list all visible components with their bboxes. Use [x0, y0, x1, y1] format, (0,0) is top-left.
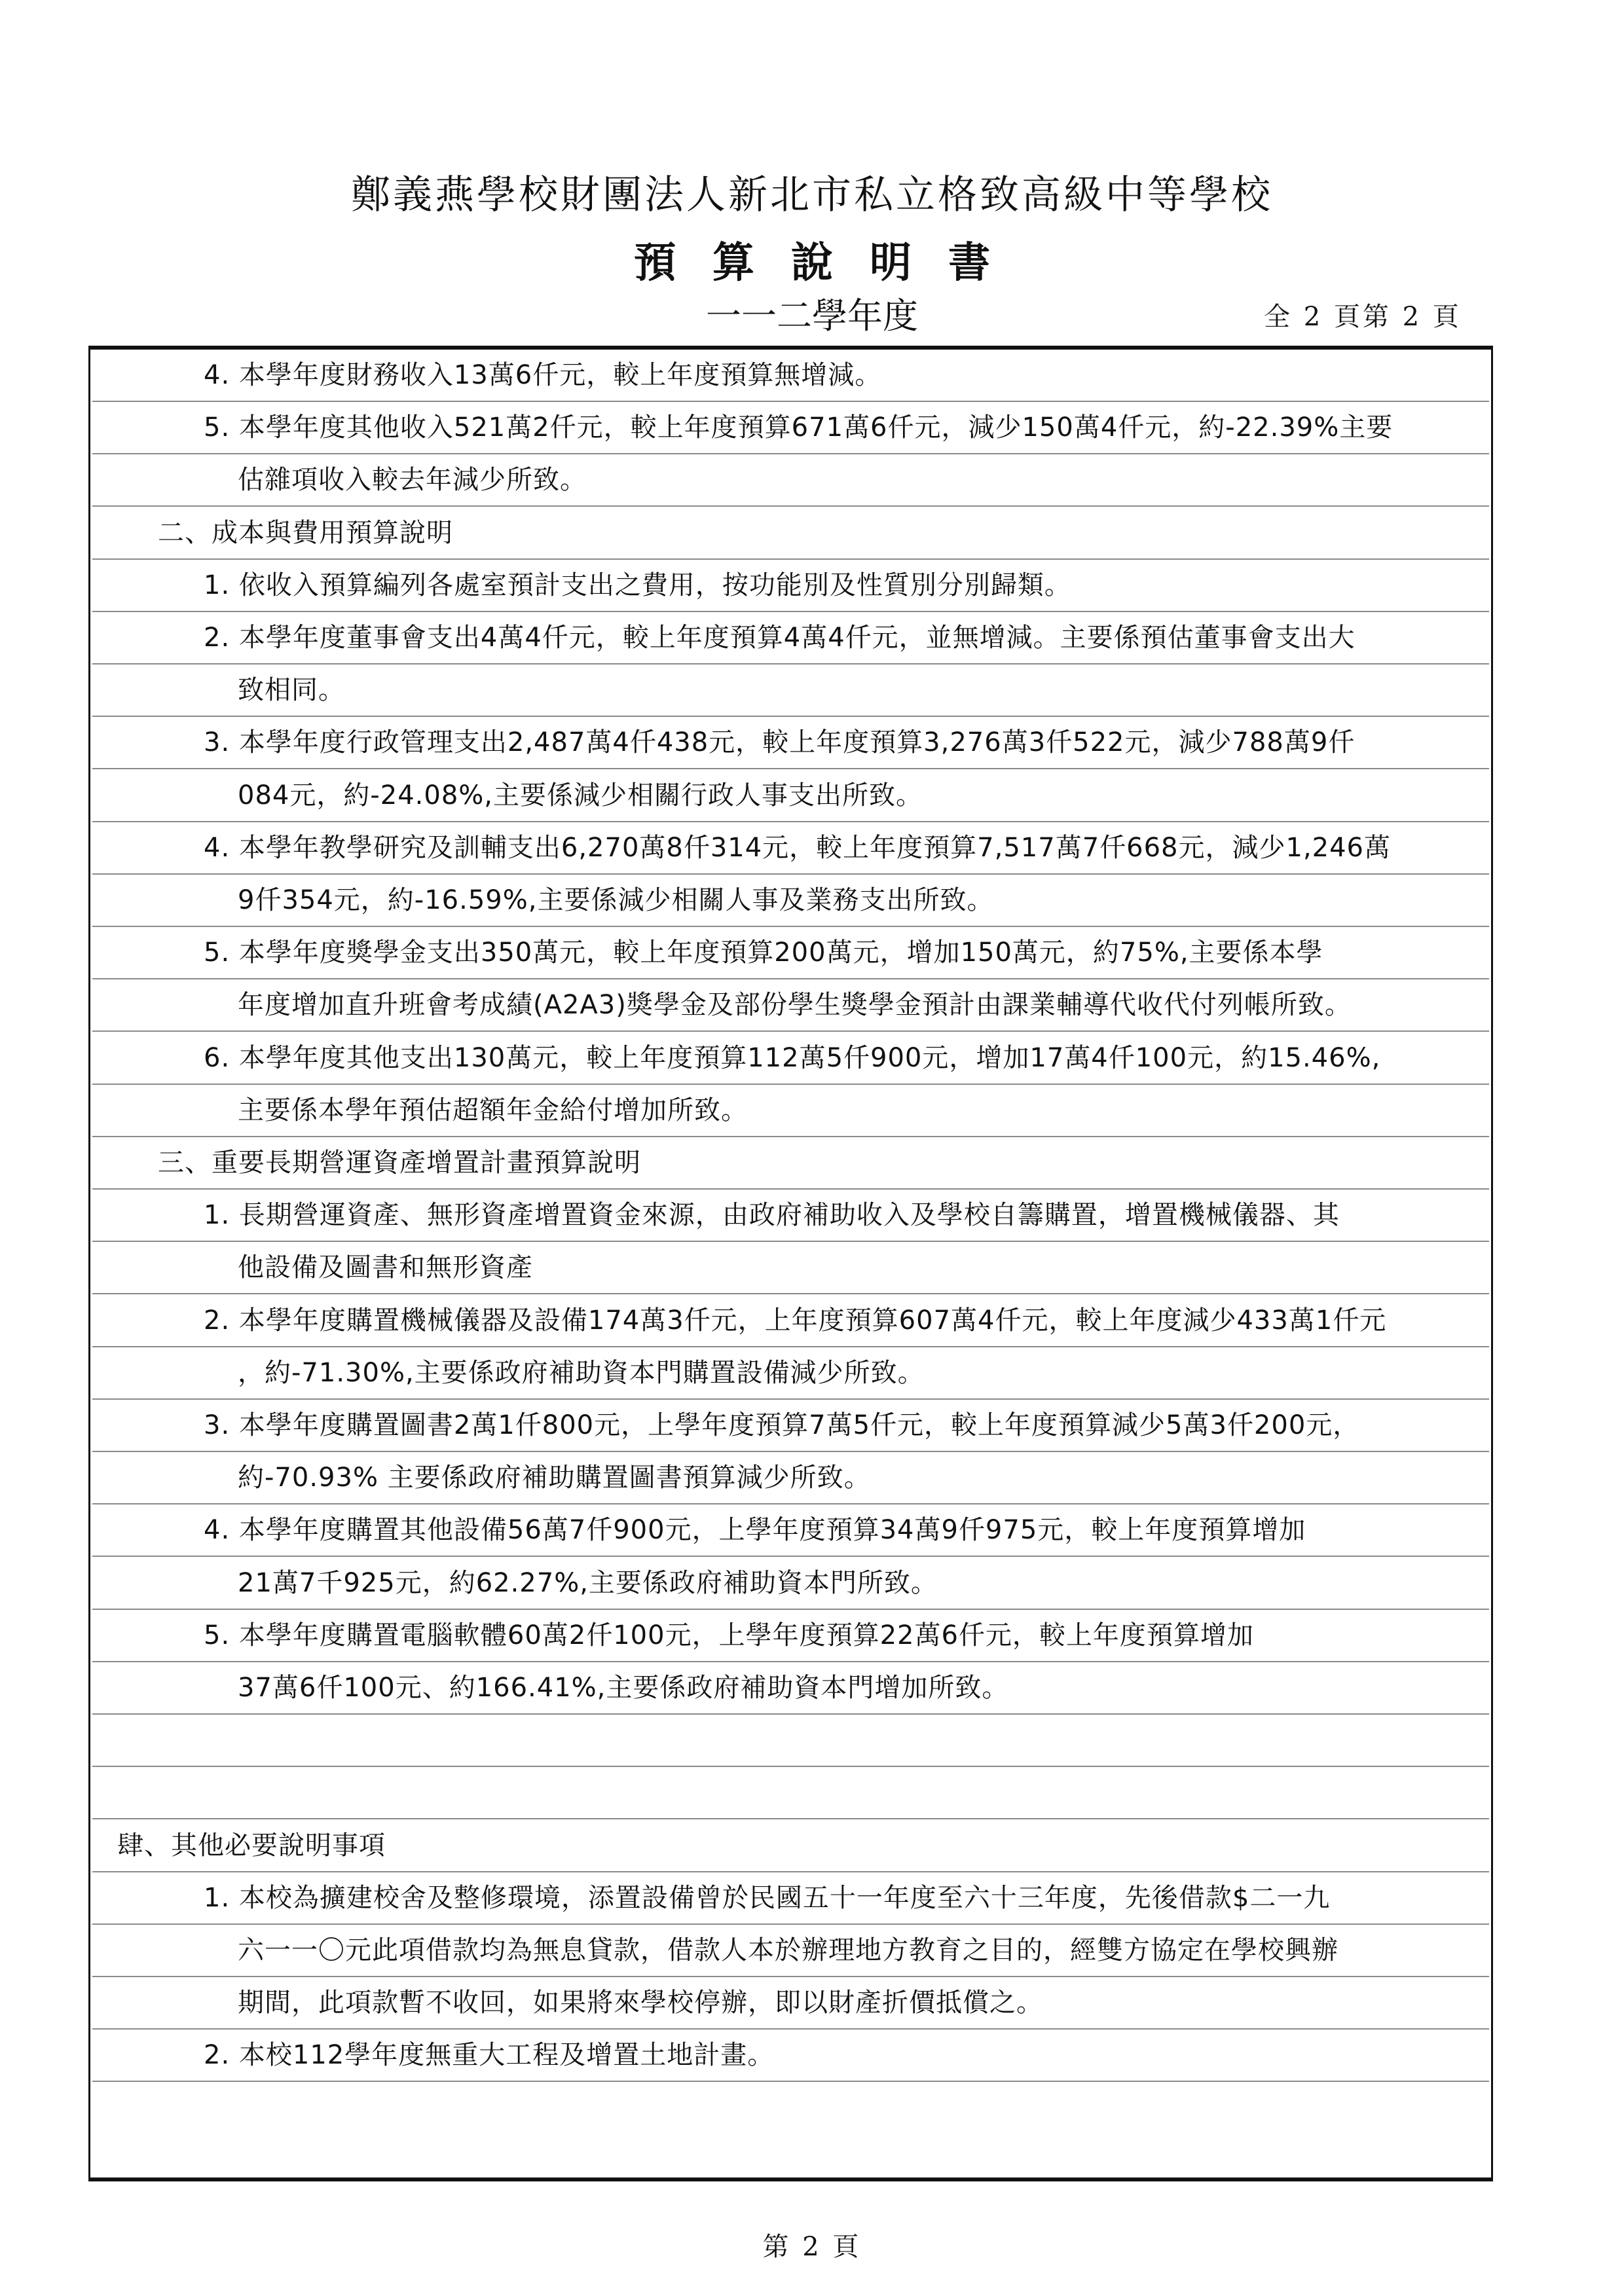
list-item-text: 4. 本學年度財務收入13萬6仟元，較上年度預算無增減。 — [204, 354, 881, 392]
continuation-text: ，約-71.30%,主要係政府補助資本門購置設備減少所致。 — [238, 1352, 925, 1389]
section-heading: 二、成本與費用預算說明 — [158, 512, 453, 549]
document-title: 預算說明書 — [0, 229, 1624, 289]
list-item-text: 5. 本學年度購置電腦軟體60萬2仟100元，上學年度預算22萬6仟元，較上年度… — [204, 1614, 1254, 1652]
section-heading-row: 三、重要長期營運資產增置計畫預算說明 — [92, 1137, 1489, 1190]
list-item-text: 1. 本校為擴建校舍及整修環境，添置設備曾於民國五十一年度至六十三年度，先後借款… — [204, 1877, 1330, 1914]
text-row: 5. 本學年度其他收入521萬2仟元，較上年度預算671萬6仟元，減少150萬4… — [92, 402, 1489, 454]
text-row: 3. 本學年度行政管理支出2,487萬4仟438元，較上年度預算3,276萬3仟… — [92, 717, 1489, 769]
text-row: 5. 本學年度獎學金支出350萬元，較上年度預算200萬元，增加150萬元，約7… — [92, 927, 1489, 979]
text-row: 5. 本學年度購置電腦軟體60萬2仟100元，上學年度預算22萬6仟元，較上年度… — [92, 1610, 1489, 1662]
list-item-text: 2. 本學年度董事會支出4萬4仟元，較上年度預算4萬4仟元，並無增減。主要係預估… — [204, 617, 1356, 654]
continuation-text: 年度增加直升班會考成績(A2A3)獎學金及部份學生獎學金預計由課業輔導代收代付列… — [238, 984, 1352, 1021]
text-row: ，約-71.30%,主要係政府補助資本門購置設備減少所致。 — [92, 1347, 1489, 1400]
continuation-text: 六一一〇元此項借款均為無息貸款，借款人本於辦理地方教育之目的，經雙方協定在學校興… — [238, 1929, 1338, 1967]
continuation-text: 約-70.93% 主要係政府補助購置圖書預算減少所致。 — [238, 1457, 871, 1494]
continuation-text: 致相同。 — [238, 669, 345, 706]
list-item-text: 6. 本學年度其他支出130萬元，較上年度預算112萬5仟900元，增加17萬4… — [204, 1037, 1380, 1074]
content-frame: 4. 本學年度財務收入13萬6仟元，較上年度預算無增減。5. 本學年度其他收入5… — [88, 346, 1493, 2181]
list-item-text: 1. 長期營運資產、無形資產增置資金來源，由政府補助收入及學校自籌購置，增置機械… — [204, 1194, 1340, 1231]
text-row: 1. 長期營運資產、無形資產增置資金來源，由政府補助收入及學校自籌購置，增置機械… — [92, 1190, 1489, 1242]
list-item-text: 4. 本學年教學研究及訓輔支出6,270萬8仟314元，較上年度預算7,517萬… — [204, 827, 1391, 864]
text-row: 六一一〇元此項借款均為無息貸款，借款人本於辦理地方教育之目的，經雙方協定在學校興… — [92, 1925, 1489, 1977]
text-row: 他設備及圖書和無形資產 — [92, 1242, 1489, 1294]
list-item-text: 3. 本學年度購置圖書2萬1仟800元，上學年度預算7萬5仟元，較上年度預算減少… — [204, 1404, 1359, 1442]
text-row: 3. 本學年度購置圖書2萬1仟800元，上學年度預算7萬5仟元，較上年度預算減少… — [92, 1400, 1489, 1452]
blank-row — [92, 1767, 1489, 1819]
continuation-text: 9仟354元，約-16.59%,主要係減少相關人事及業務支出所致。 — [238, 879, 993, 917]
continuation-text: 主要係本學年預估超額年金給付增加所致。 — [238, 1089, 748, 1127]
section-heading: 三、重要長期營運資產增置計畫預算說明 — [158, 1142, 641, 1179]
continuation-text: 期間，此項款暫不收回，如果將來學校停辦，即以財產折價抵償之。 — [238, 1982, 1043, 2019]
list-item-text: 5. 本學年度其他收入521萬2仟元，較上年度預算671萬6仟元，減少150萬4… — [204, 407, 1393, 444]
list-item-text: 2. 本學年度購置機械儀器及設備174萬3仟元，上年度預算607萬4仟元，較上年… — [204, 1300, 1386, 1337]
text-row: 期間，此項款暫不收回，如果將來學校停辦，即以財產折價抵償之。 — [92, 1977, 1489, 2030]
continuation-text: 估雜項收入較去年減少所致。 — [238, 459, 587, 496]
page-count: 全 2 頁第 2 頁 — [1264, 296, 1462, 333]
text-row: 估雜項收入較去年減少所致。 — [92, 454, 1489, 507]
text-row: 約-70.93% 主要係政府補助購置圖書預算減少所致。 — [92, 1452, 1489, 1504]
text-row: 2. 本校112學年度無重大工程及增置土地計畫。 — [92, 2030, 1489, 2082]
text-row: 21萬7千925元，約62.27%,主要係政府補助資本門所致。 — [92, 1558, 1489, 1610]
list-item-text: 5. 本學年度獎學金支出350萬元，較上年度預算200萬元，增加150萬元，約7… — [204, 932, 1323, 969]
text-row: 2. 本學年度董事會支出4萬4仟元，較上年度預算4萬4仟元，並無增減。主要係預估… — [92, 612, 1489, 665]
text-row: 1. 依收入預算編列各處室預計支出之費用，按功能別及性質別分別歸類。 — [92, 560, 1489, 612]
blank-row — [92, 1715, 1489, 1767]
text-row: 4. 本學年度財務收入13萬6仟元，較上年度預算無增減。 — [92, 350, 1489, 402]
section-heading: 肆、其他必要說明事項 — [117, 1825, 386, 1862]
page-footer: 第 2 頁 — [0, 2226, 1624, 2263]
list-item-text: 4. 本學年度購置其他設備56萬7仟900元，上學年度預算34萬9仟975元，較… — [204, 1509, 1306, 1546]
text-row: 致相同。 — [92, 665, 1489, 717]
section-heading-row: 肆、其他必要說明事項 — [92, 1820, 1489, 1872]
text-row: 9仟354元，約-16.59%,主要係減少相關人事及業務支出所致。 — [92, 875, 1489, 927]
continuation-text: 37萬6仟100元、約166.41%,主要係政府補助資本門增加所致。 — [238, 1667, 1008, 1704]
text-row: 37萬6仟100元、約166.41%,主要係政府補助資本門增加所致。 — [92, 1662, 1489, 1715]
section-heading-row: 二、成本與費用預算說明 — [92, 507, 1489, 560]
continuation-text: 21萬7千925元，約62.27%,主要係政府補助資本門所致。 — [238, 1562, 938, 1599]
list-item-text: 2. 本校112學年度無重大工程及增置土地計畫。 — [204, 2034, 774, 2071]
continuation-text: 他設備及圖書和無形資產 — [238, 1247, 533, 1284]
text-row: 1. 本校為擴建校舍及整修環境，添置設備曾於民國五十一年度至六十三年度，先後借款… — [92, 1872, 1489, 1925]
text-row: 6. 本學年度其他支出130萬元，較上年度預算112萬5仟900元，增加17萬4… — [92, 1032, 1489, 1085]
text-row: 4. 本學年度購置其他設備56萬7仟900元，上學年度預算34萬9仟975元，較… — [92, 1504, 1489, 1557]
list-item-text: 1. 依收入預算編列各處室預計支出之費用，按功能別及性質別分別歸類。 — [204, 564, 1071, 602]
list-item-text: 3. 本學年度行政管理支出2,487萬4仟438元，較上年度預算3,276萬3仟… — [204, 721, 1355, 759]
text-row: 主要係本學年預估超額年金給付增加所致。 — [92, 1085, 1489, 1137]
organization-title: 鄭義燕學校財團法人新北市私立格致高級中等學校 — [0, 164, 1624, 220]
text-row: 084元，約-24.08%,主要係減少相關行政人事支出所致。 — [92, 770, 1489, 822]
text-row: 年度增加直升班會考成績(A2A3)獎學金及部份學生獎學金預計由課業輔導代收代付列… — [92, 979, 1489, 1032]
text-row: 2. 本學年度購置機械儀器及設備174萬3仟元，上年度預算607萬4仟元，較上年… — [92, 1295, 1489, 1347]
text-row: 4. 本學年教學研究及訓輔支出6,270萬8仟314元，較上年度預算7,517萬… — [92, 822, 1489, 875]
continuation-text: 084元，約-24.08%,主要係減少相關行政人事支出所致。 — [238, 774, 923, 812]
